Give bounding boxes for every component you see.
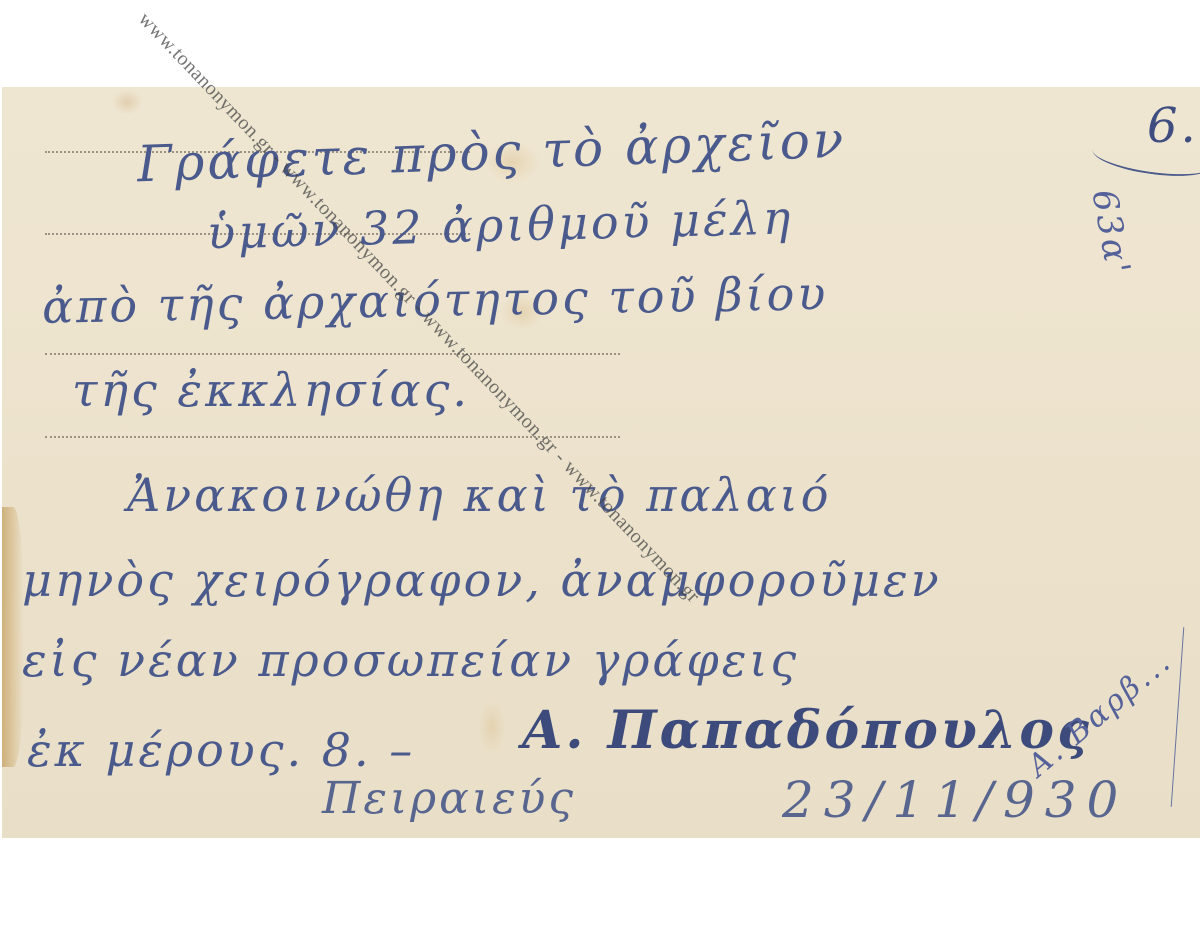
signature: Α. Παπαδόπουλος [522, 705, 1092, 757]
ruled-line-4 [45, 436, 620, 438]
handwritten-line-8: ἐκ μέρους. 8. – [27, 727, 415, 773]
place-name: Πειραιεύς [322, 777, 576, 821]
handwritten-line-2: ὑμῶν 32 ἀριθμοῦ μέλη [206, 194, 793, 255]
postcard: 6. 63α' Γράφετε πρὸς τὸ ἀρχεῖον ὑμῶν 32 … [2, 87, 1200, 838]
margin-stroke [1171, 627, 1185, 807]
age-stain [2, 507, 24, 767]
margin-reference: 63α' [1087, 187, 1136, 279]
date: 23/11/930 [782, 775, 1128, 825]
ruled-line-3 [45, 353, 620, 355]
handwritten-line-1: Γράφετε πρὸς τὸ ἀρχεῖον [136, 115, 847, 190]
handwritten-line-4: τῆς ἐκκλησίας. [72, 367, 470, 413]
handwritten-line-5: Ἀνακοινώθη καὶ τὸ παλαιό [127, 472, 831, 518]
handwritten-line-7: εἰς νέαν προσωπείαν γράφεις [22, 637, 799, 683]
handwritten-line-6: μηνὸς χειρόγραφον, ἀναμφοροῦμεν [22, 557, 942, 603]
handwritten-line-3: ἀπὸ τῆς ἀρχαιότητος τοῦ βίου [42, 270, 829, 330]
